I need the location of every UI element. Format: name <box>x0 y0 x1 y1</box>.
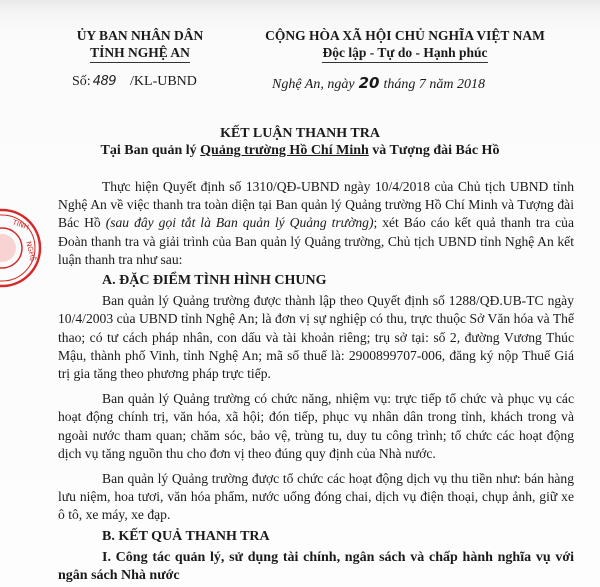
section-a-paragraph-2: Ban quản lý Quảng trường có chức năng, n… <box>58 390 574 463</box>
document-date: Nghệ An, ngày20tháng 7 năm 2018 <box>272 74 485 93</box>
svg-text:NGHỆ: NGHỆ <box>24 240 38 262</box>
doc-number-prefix: Số: <box>72 74 91 89</box>
doc-number-suffix: /KL-UBND <box>130 74 197 89</box>
title-main: KẾT LUẬN THANH TRA <box>0 125 600 142</box>
title-sub: Tại Ban quản lý Quảng trường Hồ Chí Minh… <box>0 142 600 159</box>
date-suffix: tháng 7 năm 2018 <box>383 77 485 92</box>
section-b-i-heading: I. Công tác quản lý, sử dụng tài chính, … <box>58 549 574 585</box>
agency-line2: TỈNH NGHỆ AN <box>90 44 190 63</box>
section-b-heading: B. KẾT QUẢ THANH TRA <box>102 528 574 546</box>
doc-number-handwritten: 489 <box>93 74 116 89</box>
document-title: KẾT LUẬN THANH TRA Tại Ban quản lý Quảng… <box>0 125 600 159</box>
agency-line1: ỦY BAN NHÂN DÂN <box>60 27 220 44</box>
document-page: ỦY BAN NHÂN DÂN TỈNH NGHỆ AN CỘNG HÒA XÃ… <box>0 0 600 587</box>
section-a-paragraph-3: Ban quản lý Quảng trường được tổ chức cá… <box>58 470 574 525</box>
document-number: Số:489/KL-UBND <box>72 74 197 90</box>
date-day-handwritten: 20 <box>359 74 380 92</box>
red-seal-stamp-icon: TỈNH NGHỆ <box>0 208 42 288</box>
national-motto: CỘNG HÒA XÃ HỘI CHỦ NGHĨA VIỆT NAM Độc l… <box>235 27 575 63</box>
section-a-paragraph-1: Ban quản lý Quảng trường được thành lập … <box>58 292 574 383</box>
document-body: Thực hiện Quyết định số 1310/QĐ-UBND ngà… <box>58 178 574 585</box>
issuing-agency: ỦY BAN NHÂN DÂN TỈNH NGHỆ AN <box>60 27 220 63</box>
nation-line2: Độc lập - Tự do - Hạnh phúc <box>322 44 487 63</box>
nation-line1: CỘNG HÒA XÃ HỘI CHỦ NGHĨA VIỆT NAM <box>235 27 575 44</box>
date-prefix: Nghệ An, ngày <box>272 77 355 92</box>
intro-paragraph: Thực hiện Quyết định số 1310/QĐ-UBND ngà… <box>58 178 574 269</box>
section-a-heading: A. ĐẶC ĐIỂM TÌNH HÌNH CHUNG <box>102 272 574 290</box>
